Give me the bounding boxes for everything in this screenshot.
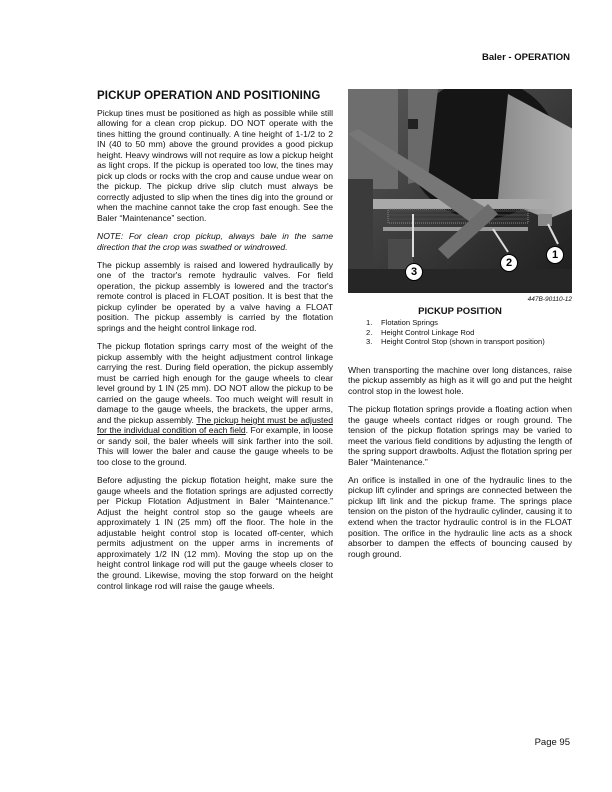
legend-number: 3. bbox=[366, 337, 381, 347]
figure-caption-title: PICKUP POSITION bbox=[348, 307, 572, 318]
paragraph-text: The pickup flotation springs carry most … bbox=[97, 341, 333, 425]
body-paragraph: When transporting the machine over long … bbox=[348, 365, 572, 397]
body-paragraph: The pickup flotation springs provide a f… bbox=[348, 404, 572, 467]
photo-illustration bbox=[348, 89, 572, 293]
page-number: Page 95 bbox=[535, 737, 570, 748]
body-paragraph: The pickup flotation springs carry most … bbox=[97, 341, 333, 468]
callout-3-badge: 3 bbox=[405, 263, 423, 281]
right-column: 1 2 3 447B-90110-12 PICKUP POSITION 1.Fl… bbox=[348, 89, 572, 567]
callout-1-badge: 1 bbox=[546, 246, 564, 264]
section-heading: PICKUP OPERATION AND POSITIONING bbox=[97, 91, 333, 102]
pickup-position-photo: 1 2 3 bbox=[348, 89, 572, 293]
legend-item: 2.Height Control Linkage Rod bbox=[366, 328, 572, 338]
figure-legend: 1.Flotation Springs 2.Height Control Lin… bbox=[348, 318, 572, 347]
callout-2-badge: 2 bbox=[500, 254, 518, 272]
legend-item: 3.Height Control Stop (shown in transpor… bbox=[366, 337, 572, 347]
body-paragraph: The pickup assembly is raised and lowere… bbox=[97, 260, 333, 334]
legend-item: 1.Flotation Springs bbox=[366, 318, 572, 328]
legend-label: Height Control Stop (shown in transport … bbox=[381, 337, 545, 347]
note-paragraph: NOTE: For clean crop pickup, always bale… bbox=[97, 231, 333, 252]
body-paragraph: Pickup tines must be positioned as high … bbox=[97, 108, 333, 224]
legend-number: 1. bbox=[366, 318, 381, 328]
running-header: Baler - OPERATION bbox=[482, 52, 570, 63]
figure-id: 447B-90110-12 bbox=[348, 295, 572, 306]
legend-label: Height Control Linkage Rod bbox=[381, 328, 474, 338]
body-paragraph: An orifice is installed in one of the hy… bbox=[348, 475, 572, 559]
legend-label: Flotation Springs bbox=[381, 318, 438, 328]
legend-number: 2. bbox=[366, 328, 381, 338]
left-column: PICKUP OPERATION AND POSITIONING Pickup … bbox=[97, 91, 333, 599]
body-paragraph: Before adjusting the pickup flotation he… bbox=[97, 475, 333, 591]
